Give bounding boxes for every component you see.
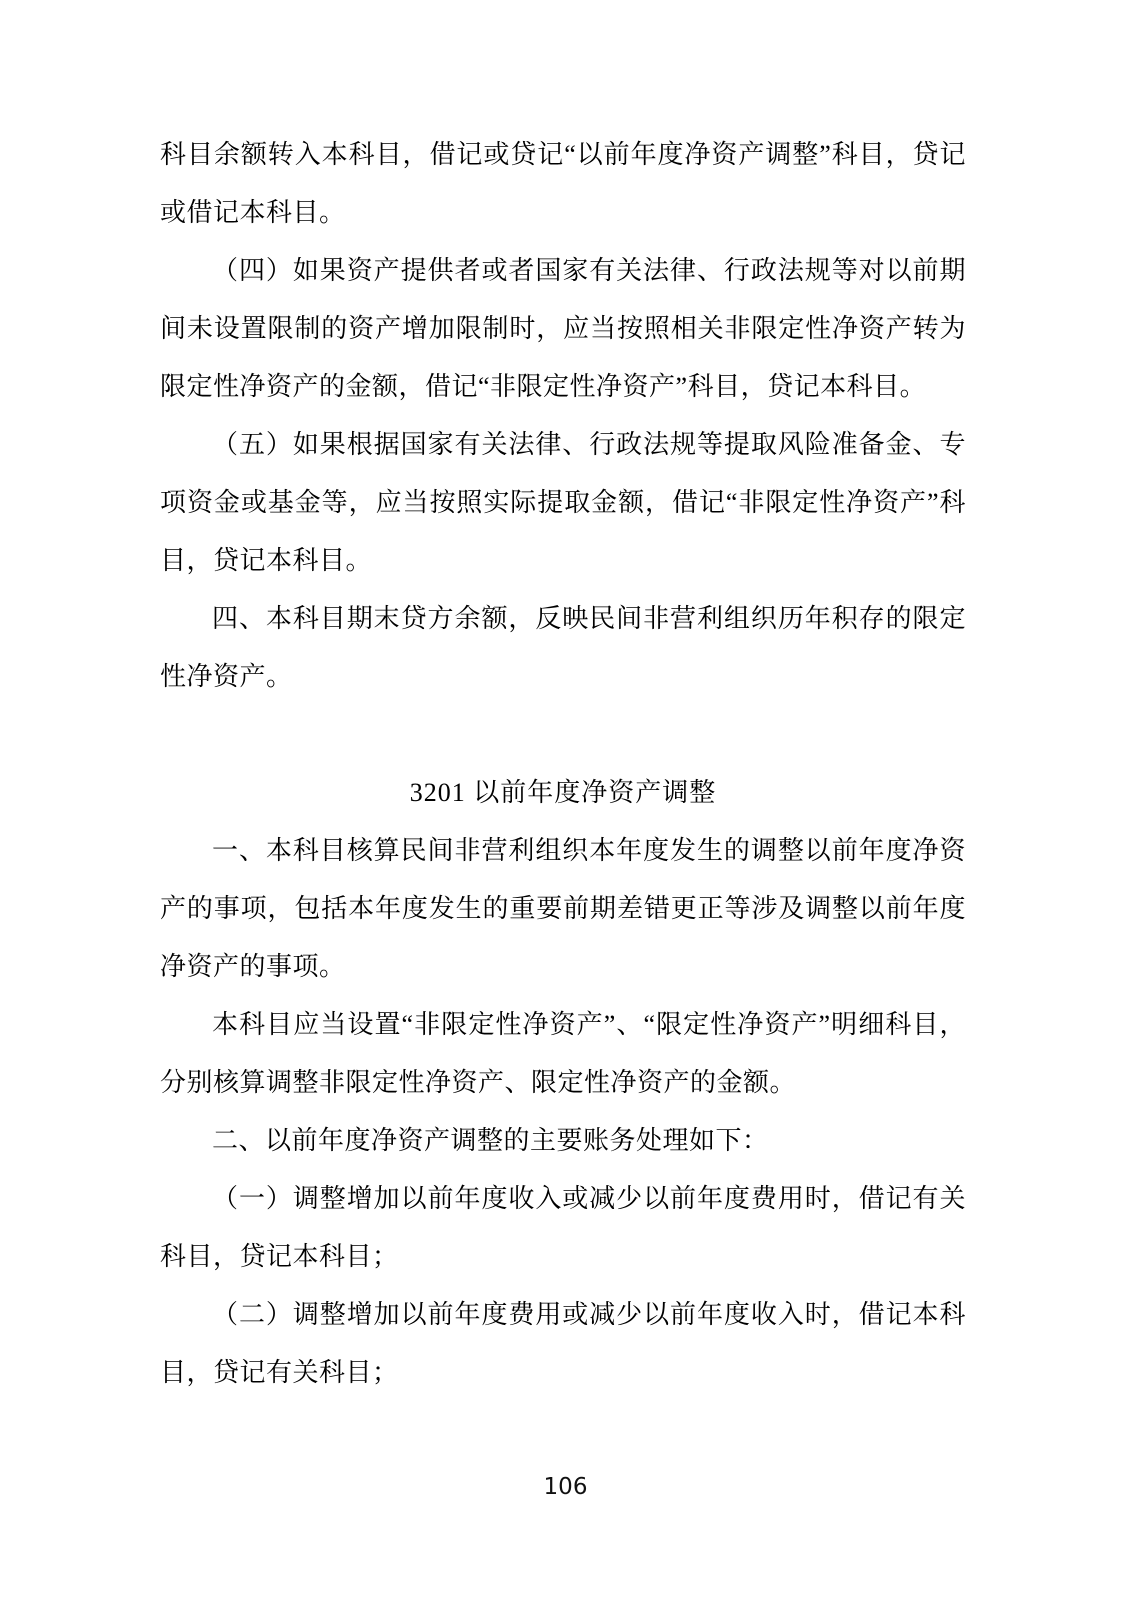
paragraph-item-yi: （一）调整增加以前年度收入或减少以前年度费用时，借记有关科目，贷记本科目； [160, 1170, 966, 1286]
page-body-text: 科目余额转入本科目，借记或贷记“以前年度净资产调整”科目，贷记或借记本科目。 （… [160, 126, 966, 1402]
paragraph-closing-balance: 四、本科目期末贷方余额，反映民间非营利组织历年积存的限定性净资产。 [160, 590, 966, 706]
paragraph-item-er: （二）调整增加以前年度费用或减少以前年度收入时，借记本科目，贷记有关科目； [160, 1286, 966, 1402]
section-heading: 3201 以前年度净资产调整 [160, 764, 966, 822]
document-page: 科目余额转入本科目，借记或贷记“以前年度净资产调整”科目，贷记或借记本科目。 （… [0, 0, 1131, 1600]
paragraph-accounting-treatment-intro: 二、以前年度净资产调整的主要账务处理如下： [160, 1112, 966, 1170]
paragraph-item-si: （四）如果资产提供者或者国家有关法律、行政法规等对以前期间未设置限制的资产增加限… [160, 242, 966, 416]
paragraph-subledger: 本科目应当设置“非限定性净资产”、“限定性净资产”明细科目，分别核算调整非限定性… [160, 996, 966, 1112]
page-number: 106 [0, 1474, 1131, 1500]
paragraph-scope: 一、本科目核算民间非营利组织本年度发生的调整以前年度净资产的事项，包括本年度发生… [160, 822, 966, 996]
paragraph-item-wu: （五）如果根据国家有关法律、行政法规等提取风险准备金、专项资金或基金等，应当按照… [160, 416, 966, 590]
paragraph-continuation: 科目余额转入本科目，借记或贷记“以前年度净资产调整”科目，贷记或借记本科目。 [160, 126, 966, 242]
